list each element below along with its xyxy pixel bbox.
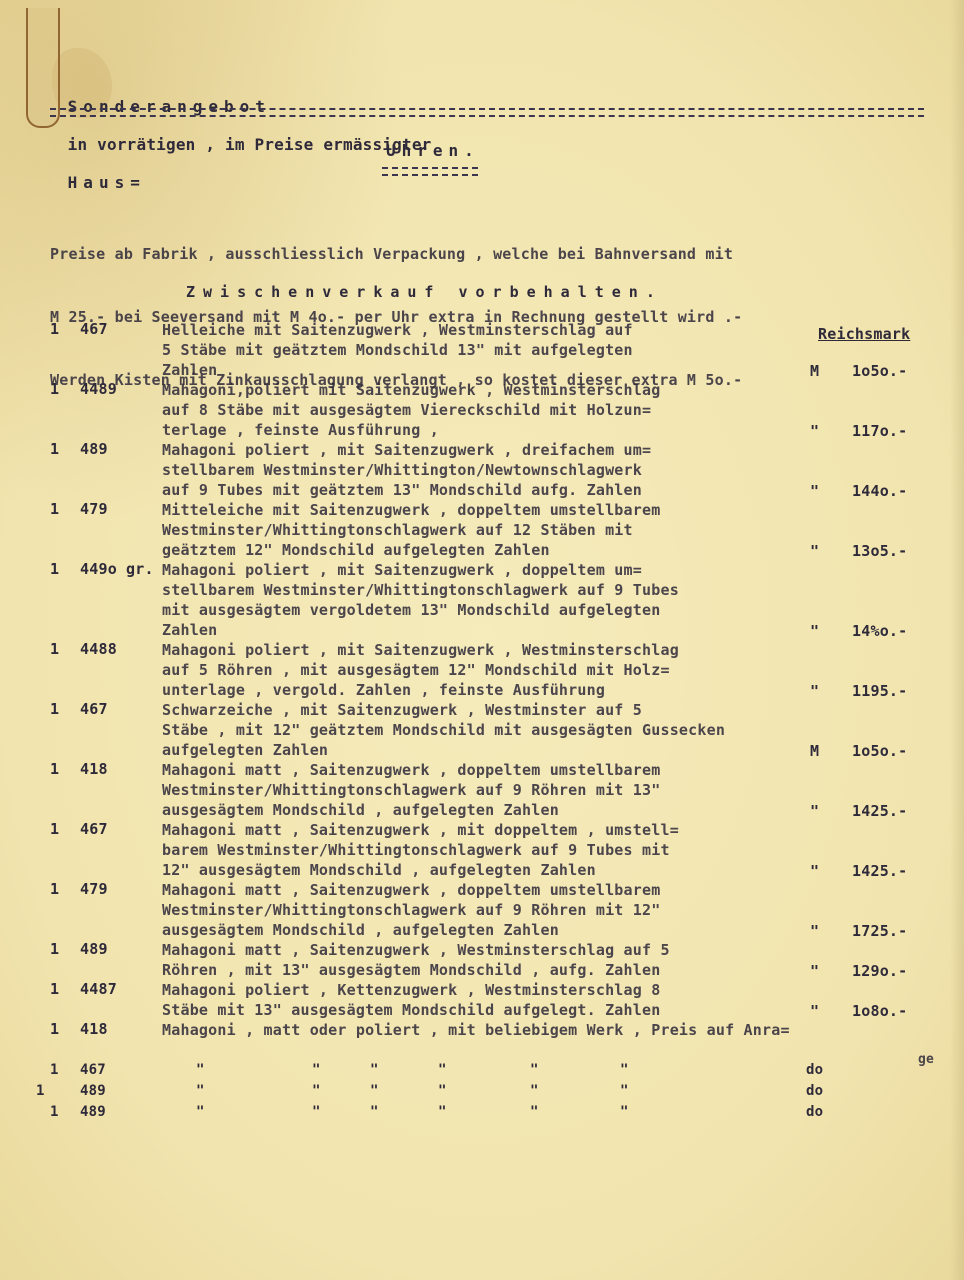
item-quantity: 1: [50, 1104, 59, 1120]
item-quantity: 1: [50, 1020, 59, 1038]
ditto-mark: ": [438, 1062, 447, 1078]
description-line: Mahagoni matt , Saitenzugwerk , doppelte…: [162, 760, 964, 780]
item-quantity: 1: [50, 640, 59, 658]
list-item: 1489Mahagoni matt , Saitenzugwerk , West…: [0, 940, 964, 980]
ditto-mark: ": [438, 1083, 447, 1099]
item-quantity: 1: [50, 980, 59, 998]
item-price: 14%o.-: [852, 622, 907, 640]
item-price: 144o.-: [852, 482, 907, 500]
ditto-mark: ": [196, 1062, 205, 1078]
description-line: Mahagoni , matt oder poliert , mit belie…: [162, 1020, 964, 1040]
description-line: Zahlen: [162, 620, 964, 640]
item-description: Mahagoni poliert , mit Saitenzugwerk , W…: [162, 640, 964, 700]
price-unit: M: [810, 742, 819, 760]
description-line: terlage , feinste Ausführung ,: [162, 420, 964, 440]
description-line: Westminster/Whittingtonschlagwerk auf 9 …: [162, 780, 964, 800]
title-underline: [382, 167, 478, 176]
item-description: Schwarzeiche , mit Saitenzugwerk , Westm…: [162, 700, 964, 760]
header-trailing-word: Haus=: [68, 173, 146, 192]
ditto-mark: ": [312, 1083, 321, 1099]
list-item: 14488Mahagoni poliert , mit Saitenzugwer…: [0, 640, 964, 700]
item-price: 129o.-: [852, 962, 907, 980]
item-price: do: [806, 1062, 823, 1078]
item-price: 117o.-: [852, 422, 907, 440]
item-quantity: 1: [50, 820, 59, 838]
description-line: Helleiche mit Saitenzugwerk , Westminste…: [162, 320, 964, 340]
ditto-mark: ": [530, 1104, 539, 1120]
price-unit: ": [810, 862, 819, 880]
description-line: Westminster/Whittingtonschlagwerk auf 12…: [162, 520, 964, 540]
item-description: Mahagoni matt , Saitenzugwerk , mit dopp…: [162, 820, 964, 880]
item-number: 467: [80, 700, 108, 718]
description-line: Mahagoni matt , Saitenzugwerk , Westmins…: [162, 940, 964, 960]
ditto-mark: ": [312, 1104, 321, 1120]
item-prefix: gr.: [126, 560, 154, 578]
description-line: Mahagoni matt , Saitenzugwerk , mit dopp…: [162, 820, 964, 840]
description-line: Mahagoni,poliert mit Saitenzugwerk , Wes…: [162, 380, 964, 400]
item-quantity: 1: [50, 560, 59, 578]
list-item: 1479Mahagoni matt , Saitenzugwerk , dopp…: [0, 880, 964, 940]
description-line: Mitteleiche mit Saitenzugwerk , doppelte…: [162, 500, 964, 520]
description-line: Röhren , mit 13" ausgesägtem Mondschild …: [162, 960, 964, 980]
price-unit: ": [810, 622, 819, 640]
item-price: 1725.-: [852, 922, 907, 940]
price-unit: ": [810, 422, 819, 440]
description-line: stellbarem Westminster/Whittington/Newto…: [162, 460, 964, 480]
item-list: 1467Helleiche mit Saitenzugwerk , Westmi…: [0, 320, 964, 1040]
price-unit: ": [810, 922, 819, 940]
description-line: Mahagoni poliert , mit Saitenzugwerk , d…: [162, 560, 964, 580]
price-unit: ": [810, 1002, 819, 1020]
ditto-mark: ": [620, 1104, 629, 1120]
header-underline: [50, 108, 924, 117]
description-line: Mahagoni poliert , mit Saitenzugwerk , W…: [162, 640, 964, 660]
description-line: Mahagoni poliert , mit Saitenzugwerk , d…: [162, 440, 964, 460]
description-line: mit ausgesägtem vergoldetem 13" Mondschi…: [162, 600, 964, 620]
list-item: 1449ogr.Mahagoni poliert , mit Saitenzug…: [0, 560, 964, 640]
document-title: Uhren.: [386, 141, 480, 160]
ditto-mark: ": [530, 1083, 539, 1099]
item-number: 418: [80, 1020, 108, 1038]
intro-line: Preise ab Fabrik , ausschliesslich Verpa…: [50, 244, 742, 265]
item-number: 4489: [80, 380, 117, 398]
item-description: Mahagoni matt , Saitenzugwerk , doppelte…: [162, 760, 964, 820]
ditto-mark: ": [370, 1083, 379, 1099]
item-number: 449o: [80, 560, 117, 578]
description-line: barem Westminster/Whittingtonschlagwerk …: [162, 840, 964, 860]
item-price: 1195.-: [852, 682, 907, 700]
price-unit: ": [810, 802, 819, 820]
item-price: 1o8o.-: [852, 1002, 907, 1020]
item-number: 479: [80, 500, 108, 518]
item-quantity: 1: [50, 1062, 59, 1078]
ditto-list: 1467""""""do1489""""""do1489""""""do: [0, 1062, 964, 1125]
description-line: stellbarem Westminster/Whittingtonschlag…: [162, 580, 964, 600]
description-line: ausgesägtem Mondschild , aufgelegten Zah…: [162, 800, 964, 820]
description-line: 12" ausgesägtem Mondschild , aufgelegten…: [162, 860, 964, 880]
item-quantity: 1: [50, 320, 59, 338]
document-header: Sonderangebot in vorrätigen , im Preise …: [48, 78, 432, 192]
price-unit: ": [810, 682, 819, 700]
ditto-mark: ": [438, 1104, 447, 1120]
ditto-mark: ": [370, 1062, 379, 1078]
item-number: 489: [80, 1083, 106, 1099]
item-price: do: [806, 1083, 823, 1099]
description-line: Stäbe , mit 12" geätztem Mondschild mit …: [162, 720, 964, 740]
list-item: 1479Mitteleiche mit Saitenzugwerk , dopp…: [0, 500, 964, 560]
item-price: do: [806, 1104, 823, 1120]
item-description: Mahagoni poliert , mit Saitenzugwerk , d…: [162, 440, 964, 500]
item-quantity: 1: [36, 1083, 45, 1099]
item-description: Mahagoni poliert , mit Saitenzugwerk , d…: [162, 560, 964, 640]
item-quantity: 1: [50, 500, 59, 518]
list-item: 14489Mahagoni,poliert mit Saitenzugwerk …: [0, 380, 964, 440]
price-unit: ": [810, 482, 819, 500]
item-quantity: 1: [50, 940, 59, 958]
item-number: 479: [80, 880, 108, 898]
ditto-mark: ": [620, 1083, 629, 1099]
item-quantity: 1: [50, 380, 59, 398]
description-line: Mahagoni poliert , Kettenzugwerk , Westm…: [162, 980, 964, 1000]
list-item: 1418Mahagoni matt , Saitenzugwerk , dopp…: [0, 760, 964, 820]
price-unit: ": [810, 962, 819, 980]
item-price: 1425.-: [852, 802, 907, 820]
item-price: 1o5o.-: [852, 742, 907, 760]
ditto-mark: ": [196, 1104, 205, 1120]
description-line: geätztem 12" Mondschild aufgelegten Zahl…: [162, 540, 964, 560]
item-number: 489: [80, 1104, 106, 1120]
description-line: auf 8 Stäbe mit ausgesägtem Viereckschil…: [162, 400, 964, 420]
price-unit: ": [810, 542, 819, 560]
description-line: Stäbe mit 13" ausgesägtem Mondschild auf…: [162, 1000, 964, 1020]
item-number: 4488: [80, 640, 117, 658]
item-number: 467: [80, 320, 108, 338]
ditto-mark: ": [530, 1062, 539, 1078]
description-line: Westminster/Whittingtonschlagwerk auf 9 …: [162, 900, 964, 920]
ditto-row: 1489""""""do: [0, 1104, 964, 1125]
header-text: in vorrätigen , im Preise ermässigter: [68, 135, 432, 154]
description-line: unterlage , vergold. Zahlen , feinste Au…: [162, 680, 964, 700]
item-price: 13o5.-: [852, 542, 907, 560]
list-item: 14487Mahagoni poliert , Kettenzugwerk , …: [0, 980, 964, 1020]
item-number: 467: [80, 820, 108, 838]
ditto-mark: ": [370, 1104, 379, 1120]
description-line: auf 9 Tubes mit geätztem 13" Mondschild …: [162, 480, 964, 500]
item-description: Helleiche mit Saitenzugwerk , Westminste…: [162, 320, 964, 380]
item-description: Mahagoni matt , Saitenzugwerk , Westmins…: [162, 940, 964, 980]
description-line: ausgesägtem Mondschild , aufgelegten Zah…: [162, 920, 964, 940]
item-number: 489: [80, 440, 108, 458]
item-description: Mahagoni matt , Saitenzugwerk , doppelte…: [162, 880, 964, 940]
item-number: 4487: [80, 980, 117, 998]
item-description: Mahagoni,poliert mit Saitenzugwerk , Wes…: [162, 380, 964, 440]
description-line: Schwarzeiche , mit Saitenzugwerk , Westm…: [162, 700, 964, 720]
item-number: 489: [80, 940, 108, 958]
description-line: Mahagoni matt , Saitenzugwerk , doppelte…: [162, 880, 964, 900]
ditto-row: 1467""""""do: [0, 1062, 964, 1083]
description-line: 5 Stäbe mit geätztem Mondschild 13" mit …: [162, 340, 964, 360]
price-unit: M: [810, 362, 819, 380]
list-item: 1467Helleiche mit Saitenzugwerk , Westmi…: [0, 320, 964, 380]
ditto-mark: ": [196, 1083, 205, 1099]
list-item: 1467Mahagoni matt , Saitenzugwerk , mit …: [0, 820, 964, 880]
list-item: 1467Schwarzeiche , mit Saitenzugwerk , W…: [0, 700, 964, 760]
item-number: 418: [80, 760, 108, 778]
subheading: Zwischenverkauf vorbehalten.: [186, 283, 663, 301]
item-description: Mitteleiche mit Saitenzugwerk , doppelte…: [162, 500, 964, 560]
ditto-row: 1489""""""do: [0, 1083, 964, 1104]
item-quantity: 1: [50, 760, 59, 778]
ditto-mark: ": [312, 1062, 321, 1078]
item-price: 1425.-: [852, 862, 907, 880]
item-description: Mahagoni , matt oder poliert , mit belie…: [162, 1020, 964, 1040]
item-quantity: 1: [50, 700, 59, 718]
item-number: 467: [80, 1062, 106, 1078]
item-quantity: 1: [50, 880, 59, 898]
item-quantity: 1: [50, 440, 59, 458]
description-line: aufgelegten Zahlen: [162, 740, 964, 760]
description-line: Zahlen: [162, 360, 964, 380]
list-item: 1489Mahagoni poliert , mit Saitenzugwerk…: [0, 440, 964, 500]
list-item: 1418Mahagoni , matt oder poliert , mit b…: [0, 1020, 964, 1040]
description-line: auf 5 Röhren , mit ausgesägtem 12" Monds…: [162, 660, 964, 680]
item-price: 1o5o.-: [852, 362, 907, 380]
ditto-mark: ": [620, 1062, 629, 1078]
item-description: Mahagoni poliert , Kettenzugwerk , Westm…: [162, 980, 964, 1020]
